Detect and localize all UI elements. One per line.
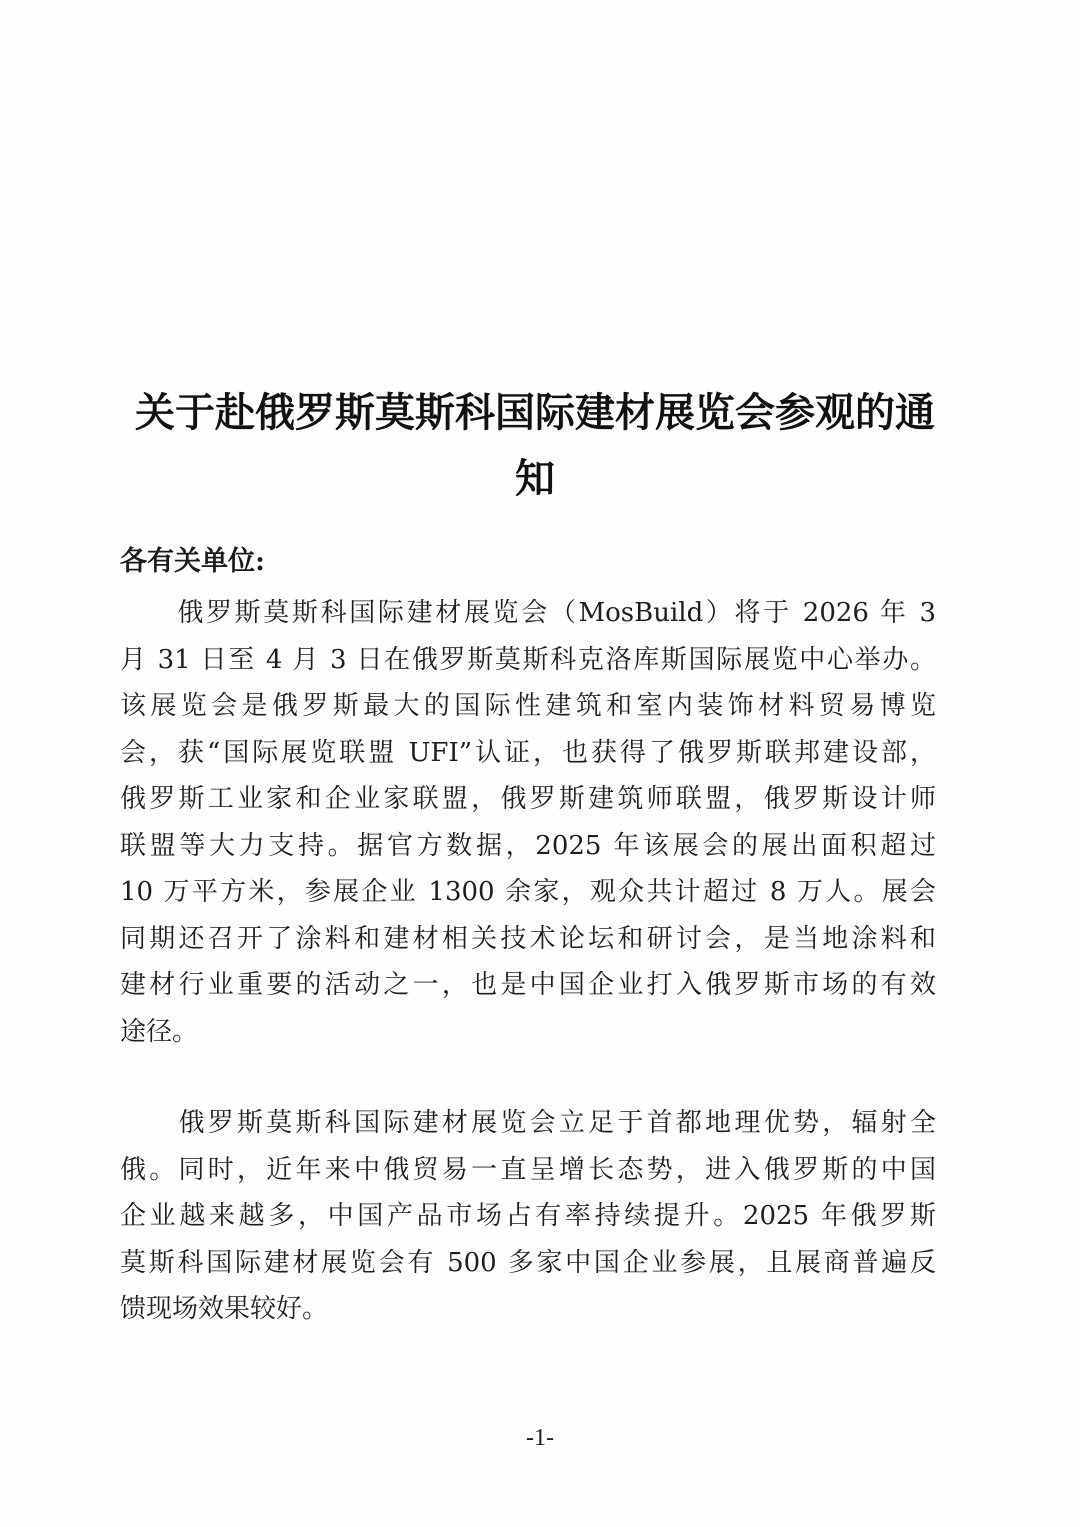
page-number: -1- <box>0 1425 1080 1452</box>
paragraph-line: 俄罗斯莫斯科国际建材展览会立足于首都地理优势，辐射全 <box>120 1100 936 1147</box>
title-line-2: 知 <box>120 446 950 512</box>
document-title: 关于赴俄罗斯莫斯科国际建材展览会参观的通 知 <box>120 380 950 512</box>
title-line-1: 关于赴俄罗斯莫斯科国际建材展览会参观的通 <box>120 380 950 446</box>
paragraph-line: 途径。 <box>120 1009 936 1056</box>
paragraph-line: 莫斯科国际建材展览会有 500 多家中国企业参展，且展商普遍反 <box>120 1240 936 1287</box>
paragraph-line: 俄罗斯工业家和企业家联盟，俄罗斯建筑师联盟，俄罗斯设计师 <box>120 776 936 823</box>
document-page: 关于赴俄罗斯莫斯科国际建材展览会参观的通 知 各有关单位: 俄罗斯莫斯科国际建材… <box>0 0 1080 1527</box>
paragraph-line: 同期还召开了涂料和建材相关技术论坛和研讨会，是当地涂料和 <box>120 916 936 963</box>
paragraph-1: 俄罗斯莫斯科国际建材展览会（MosBuild）将于 2026 年 3 月 31 … <box>120 590 936 1055</box>
paragraph-line: 10 万平方米，参展企业 1300 余家，观众共计超过 8 万人。展会 <box>120 869 936 916</box>
paragraph-line: 俄罗斯莫斯科国际建材展览会（MosBuild）将于 2026 年 3 <box>120 590 936 637</box>
salutation: 各有关单位: <box>120 540 265 584</box>
paragraph-line: 该展览会是俄罗斯最大的国际性建筑和室内装饰材料贸易博览 <box>120 683 936 730</box>
paragraph-line: 建材行业重要的活动之一，也是中国企业打入俄罗斯市场的有效 <box>120 962 936 1009</box>
paragraph-line: 俄。同时，近年来中俄贸易一直呈增长态势，进入俄罗斯的中国 <box>120 1147 936 1194</box>
paragraph-2: 俄罗斯莫斯科国际建材展览会立足于首都地理优势，辐射全 俄。同时，近年来中俄贸易一… <box>120 1100 936 1333</box>
paragraph-line: 会，获“国际展览联盟 UFI”认证，也获得了俄罗斯联邦建设部， <box>120 730 936 777</box>
paragraph-line: 馈现场效果较好。 <box>120 1286 936 1333</box>
paragraph-line: 月 31 日至 4 月 3 日在俄罗斯莫斯科克洛库斯国际展览中心举办。 <box>120 637 936 684</box>
paragraph-line: 企业越来越多，中国产品市场占有率持续提升。2025 年俄罗斯 <box>120 1193 936 1240</box>
paragraph-line: 联盟等大力支持。据官方数据，2025 年该展会的展出面积超过 <box>120 823 936 870</box>
